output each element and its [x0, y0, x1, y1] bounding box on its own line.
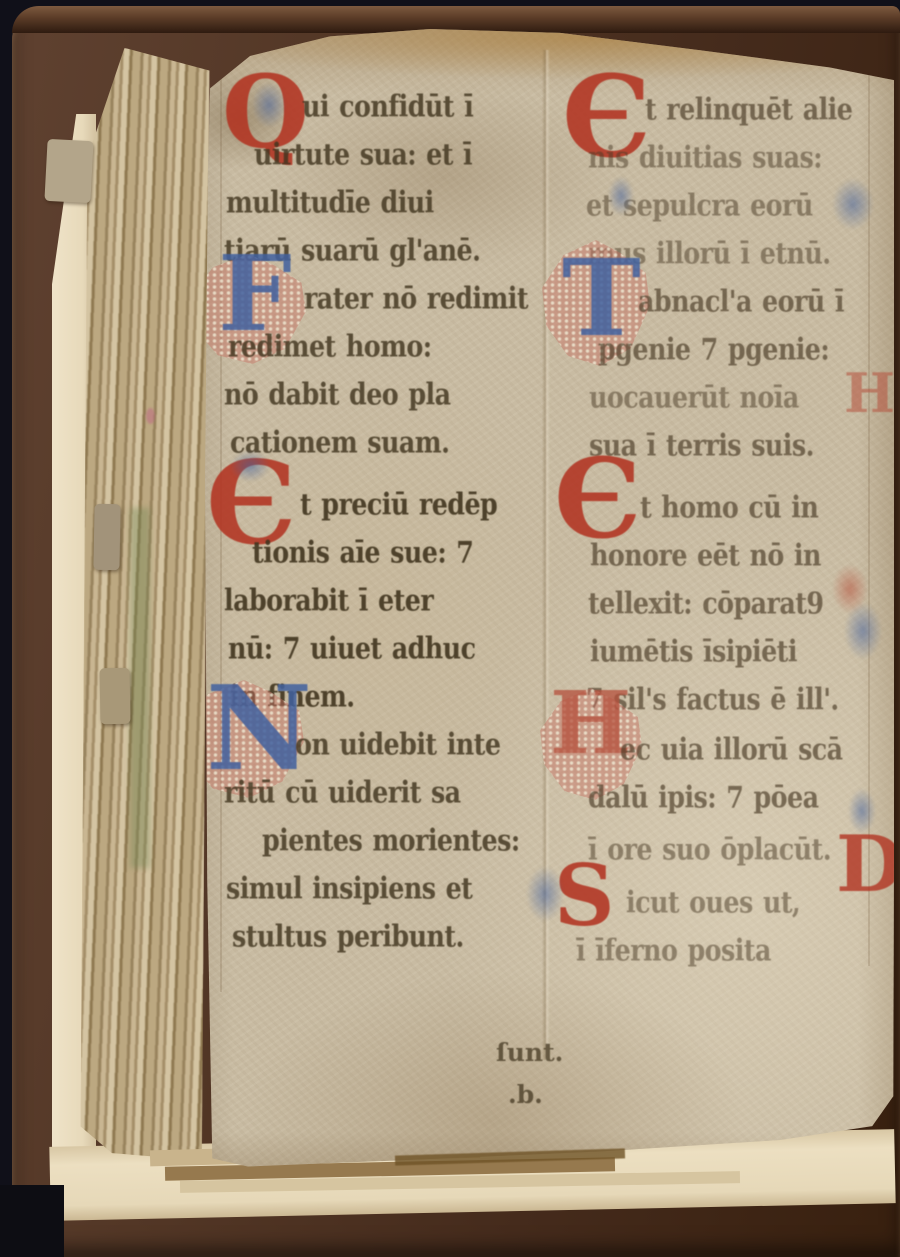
initial-e: Є	[554, 444, 642, 554]
text-line: ui confidūt ī	[302, 92, 473, 122]
ink-smudge	[848, 788, 876, 834]
text-line: nū: 7 uiuet adhuc	[228, 634, 475, 664]
text-line: ritū cū uiderit sa	[224, 778, 461, 808]
background-corner	[0, 1185, 64, 1257]
text-line: nō dabit deo pla	[224, 380, 450, 410]
text-line: icut oues ut,	[626, 888, 800, 918]
text-line: dalū ipis: 7 pōea	[588, 783, 818, 813]
ink-smudge	[526, 866, 564, 922]
bookmark-tab	[100, 668, 131, 725]
text-line: simul insipiens et	[226, 874, 472, 904]
book-cover-top-edge	[12, 6, 900, 33]
text-line: uirtute sua: et ī	[254, 140, 472, 170]
text-line: abnacl'a eorū ī	[638, 287, 844, 317]
text-line: multitudīe diui	[226, 188, 434, 218]
ink-smudge	[252, 82, 286, 128]
ink-smudge	[832, 564, 868, 614]
text-line: ec uia illorū scā	[620, 735, 843, 765]
text-line: stultus peribunt.	[232, 922, 464, 952]
stain	[146, 408, 155, 424]
text-line: honore eēt nō in	[590, 541, 821, 571]
text-line: rater nō redimit	[304, 284, 528, 314]
parchment-page: Q ui confidūt ī uirtute sua: et ī multit…	[168, 26, 894, 1178]
margin-letter-h: H	[844, 366, 895, 420]
text-line: iumētis īsipiēti	[590, 637, 797, 667]
text-line: tellexit: cōparat9	[588, 589, 824, 619]
ink-smudge	[230, 450, 270, 482]
text-line: tionis aīe sue: 7	[252, 538, 473, 568]
ink-smudge	[832, 178, 874, 230]
text-line: ī īferno posita	[576, 936, 771, 966]
text-line: uocauerūt noīa	[589, 383, 799, 413]
manuscript-photo: Q ui confidūt ī uirtute sua: et ī multit…	[0, 0, 900, 1257]
bookmark-tab	[44, 139, 93, 203]
catchword: ſunt.	[496, 1038, 563, 1067]
text-line: ī ore suo ōplacūt.	[588, 835, 831, 865]
quire-signature: .b.	[508, 1080, 543, 1109]
text-line: pientes morientes:	[262, 826, 520, 856]
text-line: redimet homo:	[228, 332, 432, 362]
text-line: t relinquēt alie	[645, 95, 852, 125]
margin-letter-d: D	[836, 826, 900, 904]
text-line: laborabit ī eter	[224, 586, 433, 616]
text-line: nis diuitias suas:	[588, 143, 822, 173]
text-line: t homo cū in	[640, 493, 818, 523]
ink-smudge	[608, 176, 634, 216]
text-line: on uidebit inte	[295, 730, 500, 760]
stain	[130, 508, 150, 868]
text-line: t preciū redēp	[300, 490, 497, 520]
bookmark-tab	[93, 504, 120, 570]
text-line: pgenie 7 pgenie:	[598, 335, 829, 365]
